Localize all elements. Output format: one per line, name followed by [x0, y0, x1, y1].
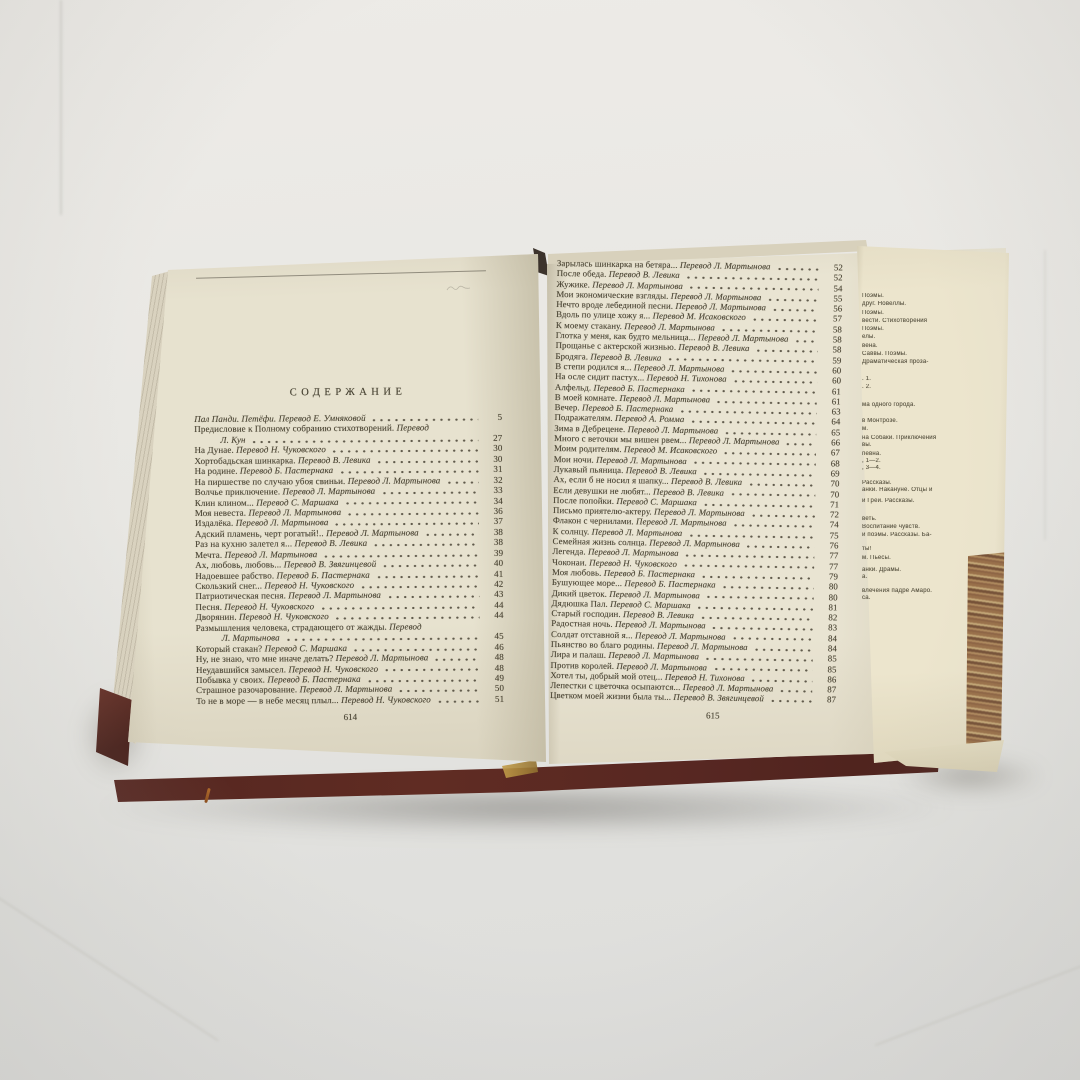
- vignette-overlay: [0, 0, 1080, 1080]
- photo-scene: Поэмы.друг. Новеллы.Поэмы.вести. Стихотв…: [0, 0, 1080, 1080]
